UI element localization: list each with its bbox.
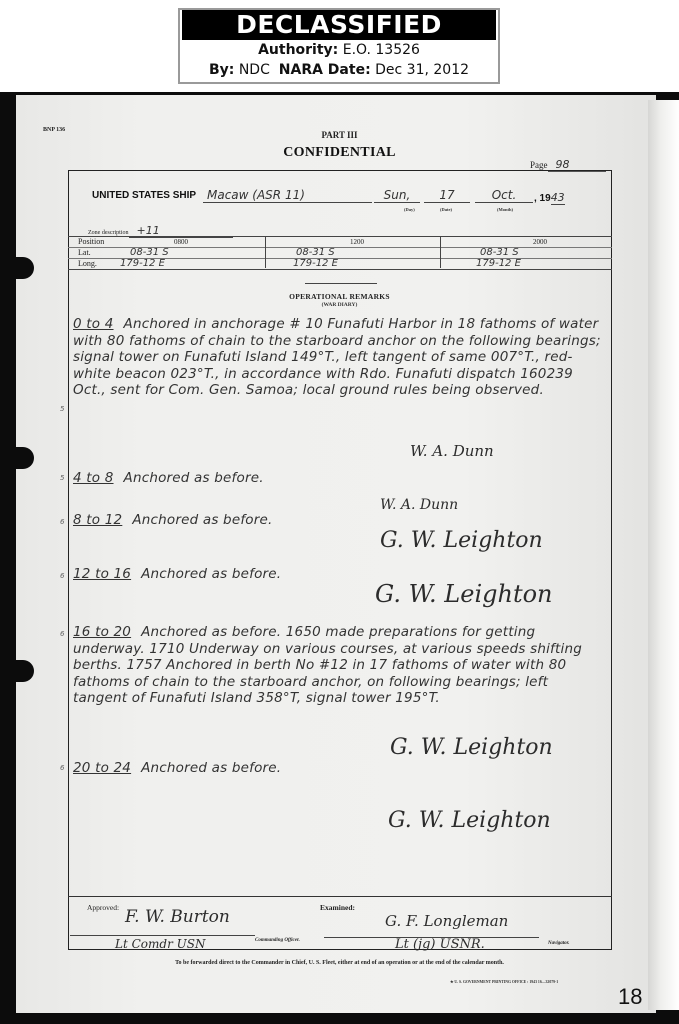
signature: G. W. Leighton xyxy=(388,808,551,833)
margin-mark: 6 xyxy=(60,518,64,526)
footer-divider xyxy=(68,896,612,897)
margin-mark: 6 xyxy=(60,630,64,638)
day-caption: (Day) xyxy=(404,207,415,212)
stamp-authority: Authority: E.O. 13526 xyxy=(180,40,498,60)
part-heading: PART III xyxy=(0,130,679,140)
printing-office-note: ★ U. S. GOVERNMENT PRINTING OFFICE : 194… xyxy=(450,979,558,984)
log-entry: 20 to 24Anchored as before. xyxy=(73,760,605,777)
section-rule xyxy=(305,283,377,284)
table-divider xyxy=(440,236,441,268)
log-entry: 8 to 12Anchored as before. xyxy=(73,512,605,529)
margin-mark: 6 xyxy=(60,572,64,580)
remarks-title: OPERATIONAL REMARKS xyxy=(0,292,679,301)
signature: W. A. Dunn xyxy=(410,442,494,460)
watch-period: 12 to 16 xyxy=(73,566,131,582)
margin-mark: 5 xyxy=(60,474,64,482)
entry-text: Anchored as before. xyxy=(141,566,281,582)
watch-period: 16 to 20 xyxy=(73,624,131,640)
remarks-subtitle: (WAR DIARY) xyxy=(0,302,679,308)
watch-period: 0 to 4 xyxy=(73,316,114,332)
form-frame xyxy=(68,170,612,950)
signature: W. A. Dunn xyxy=(380,497,458,513)
entry-text: Anchored as before. xyxy=(132,512,272,528)
log-entry: 4 to 8Anchored as before. xyxy=(73,470,605,487)
approved-rank: Lt Comdr USN xyxy=(115,937,205,951)
entry-text: Anchored as before. 1650 made preparatio… xyxy=(73,624,582,706)
signature: G. W. Leighton xyxy=(390,735,553,760)
longitude-row: Long. 179-12 E 179-12 E 179-12 E xyxy=(68,259,612,269)
paper-edge xyxy=(648,100,679,1010)
approved-label: Approved: xyxy=(87,903,119,912)
position-table: Position 0800 1200 2000 Lat. 08-31 S 08-… xyxy=(68,236,612,270)
watch-period: 4 to 8 xyxy=(73,470,114,486)
archive-page-number: 18 xyxy=(618,984,642,1010)
entry-text: Anchored as before. xyxy=(124,470,264,486)
examined-signature: G. F. Longleman xyxy=(385,912,508,930)
signature: G. W. Leighton xyxy=(375,580,553,608)
watch-period: 8 to 12 xyxy=(73,512,122,528)
signature-line xyxy=(70,935,255,936)
ship-day: Sun, xyxy=(374,188,420,203)
ship-month: Oct. xyxy=(475,188,533,203)
entry-text: Anchored as before. xyxy=(141,760,281,776)
stamp-title: DECLASSIFIED xyxy=(182,10,496,40)
date-caption: (Date) xyxy=(440,207,452,212)
log-entry: 0 to 4Anchored in anchorage # 10 Funafut… xyxy=(73,316,605,399)
stamp-by: By: NDC NARA Date: Dec 31, 2012 xyxy=(180,60,498,80)
signature: G. W. Leighton xyxy=(380,528,543,553)
watch-period: 20 to 24 xyxy=(73,760,131,776)
entry-text: Anchored in anchorage # 10 Funafuti Harb… xyxy=(73,316,601,398)
forwarding-note: To be forwarded direct to the Commander … xyxy=(0,960,679,966)
margin-mark: 6 xyxy=(60,764,64,772)
ship-date: 17 xyxy=(424,188,470,203)
ship-label: UNITED STATES SHIP xyxy=(92,190,196,201)
navigator-label: Navigator. xyxy=(548,941,570,946)
ship-name: Macaw (ASR 11) xyxy=(203,188,372,203)
year: , 1943 xyxy=(534,191,565,204)
margin-mark: 5 xyxy=(60,405,64,413)
month-caption: (Month) xyxy=(497,207,513,212)
declassified-stamp: DECLASSIFIED Authority: E.O. 13526 By: N… xyxy=(178,8,500,84)
examined-label: Examined: xyxy=(320,903,355,912)
approved-signature: F. W. Burton xyxy=(125,907,230,927)
examined-rank: Lt (jg) USNR. xyxy=(395,937,485,952)
commanding-officer-label: Commanding Officer. xyxy=(255,938,300,943)
table-divider xyxy=(265,236,266,268)
log-entry: 16 to 20Anchored as before. 1650 made pr… xyxy=(73,624,605,707)
